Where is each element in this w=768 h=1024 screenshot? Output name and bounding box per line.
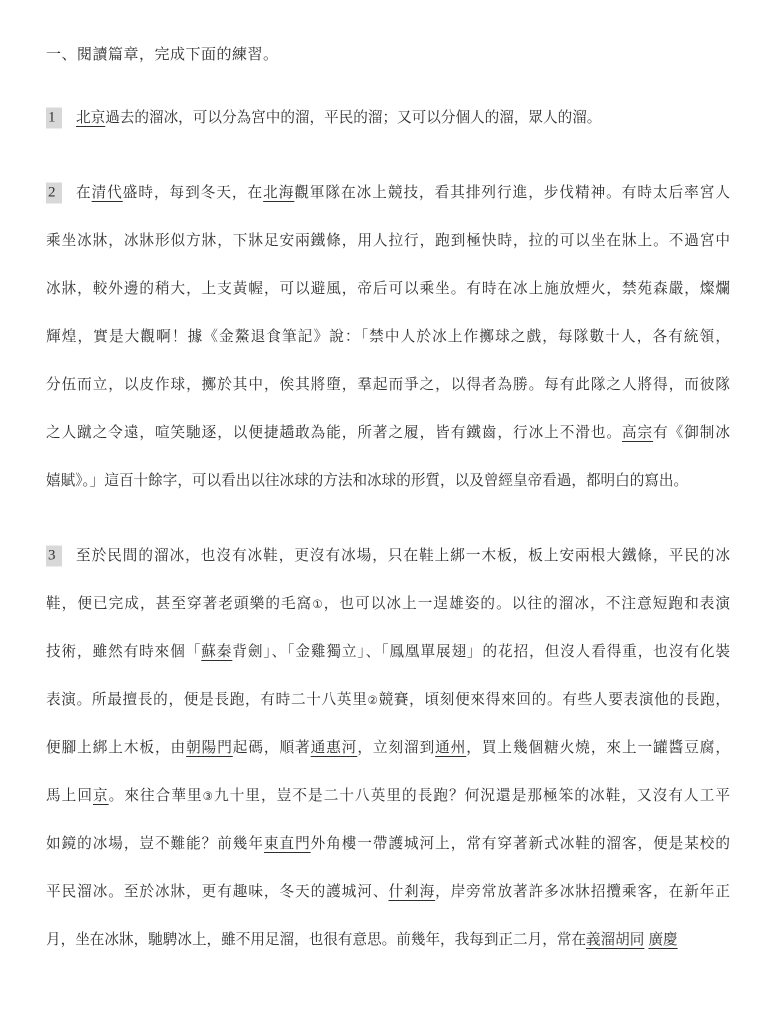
paragraph: 3至於民間的溜冰，也沒有冰鞋，更沒有冰場，只在鞋上綁一木板，板上安兩根大鐵條，平…: [46, 532, 730, 964]
text-run: ，岸旁常放著許多冰牀招攬乘客，在新年正: [435, 884, 730, 900]
text-run: ，也可以冰上一逞雄姿的。以往的溜冰，不注意短跑和表演: [324, 596, 730, 612]
text-run: 有《御制冰: [653, 425, 730, 441]
text-run: 輝煌，實是大觀啊！據《金鰲退食筆記》說：「禁中人於冰上作擲球之戲，每隊數十人，各…: [46, 329, 730, 345]
text-line: 嬉賦》。」這百十餘字，可以看出以往冰球的方法和冰球的形質，以及曾經皇帝看過，都明…: [46, 457, 730, 505]
text-run: 表演。所最擅長的，便是長跑，有時二十八英里: [46, 692, 368, 708]
text-run: 分伍而立，以皮作球，擲於其中，俟其將墮，羣起而爭之，以得者為勝。每有此隊之人將得…: [46, 377, 730, 393]
text-line: 如鏡的冰場，豈不難能？前幾年東直門外角樓一帶護城河上，常有穿著新式冰鞋的溜客，便…: [46, 820, 730, 868]
paragraph-number: 1: [46, 108, 62, 129]
paragraph-number: 2: [46, 183, 62, 204]
text-line: 輝煌，實是大觀啊！據《金鰲退食筆記》說：「禁中人於冰上作擲球之戲，每隊數十人，各…: [46, 313, 730, 361]
document-body: 1北京過去的溜冰，可以分為宮中的溜，平民的溜；又可以分個人的溜，眾人的溜。2在清…: [46, 94, 730, 964]
text-run: 盛時，每到冬天，在: [123, 185, 263, 201]
proper-noun-underline: 東直門: [264, 836, 311, 852]
text-line: 3至於民間的溜冰，也沒有冰鞋，更沒有冰場，只在鞋上綁一木板，板上安兩根大鐵條，平…: [46, 532, 730, 580]
text-run: 觀軍隊在冰上競技，看其排列行進，步伐精神。有時太后率宮人: [294, 185, 730, 201]
text-run: 馬上回: [46, 788, 93, 804]
proper-noun-underline: 清代: [92, 185, 123, 201]
text-run: 月，坐在冰牀，馳騁冰上，雖不用足溜，也很有意思。前幾年，我每到正二月，常在: [46, 932, 586, 948]
text-run: 過去的溜冰，可以分為宮中的溜，平民的溜；又可以分個人的溜，眾人的溜。: [105, 110, 601, 126]
text-line: 分伍而立，以皮作球，擲於其中，俟其將墮，羣起而爭之，以得者為勝。每有此隊之人將得…: [46, 361, 730, 409]
text-run: 至於民間的溜冰，也沒有冰鞋，更沒有冰場，只在鞋上綁一木板，板上安兩根大鐵條，平民…: [76, 548, 730, 564]
proper-noun-underline: 朝陽門: [186, 740, 233, 756]
proper-noun-underline: 廣慶: [648, 932, 677, 948]
proper-noun-underline: 義溜胡同: [586, 932, 644, 948]
text-run: 起碼，順著: [233, 740, 311, 756]
section-heading: 一、閱讀篇章，完成下面的練習。: [46, 43, 730, 67]
proper-noun-underline: 通惠河: [311, 740, 358, 756]
text-run: 便腳上綁上木板，由: [46, 740, 186, 756]
text-run: 之人蹴之令遠，喧笑馳逐，以便捷趫敢為能，所著之履，皆有鐵齒，行冰上不滑也。: [46, 425, 622, 441]
text-run: 嬉賦》。」這百十餘字，可以看出以往冰球的方法和冰球的形質，以及曾經皇帝看過，都明…: [46, 473, 688, 489]
footnote-marker: ②: [368, 695, 379, 707]
text-run: ，買上幾個糖火燒，來上一罐醬豆腐，: [466, 740, 730, 756]
proper-noun-underline: 通州: [435, 740, 466, 756]
text-run: 競賽，頃刻便來得來回的。有些人要表演他的長跑，: [379, 692, 730, 708]
text-run: 在: [76, 185, 92, 201]
text-line: 平民溜冰。至於冰牀，更有趣味，冬天的護城河、什剎海，岸旁常放著許多冰牀招攬乘客，…: [46, 868, 730, 916]
proper-noun-underline: 北海: [263, 185, 294, 201]
text-run: 技術，雖然有時來個「: [46, 644, 201, 660]
text-line: 技術，雖然有時來個「蘇秦背劍」、「金雞獨立」、「鳳凰單展翅」的花招，但沒人看得重…: [46, 628, 730, 676]
proper-noun-underline: 什剎海: [388, 884, 435, 900]
text-run: ，立刻溜到: [357, 740, 435, 756]
text-line: 冰牀，較外邊的稍大，上支黃幄，可以避風，帝后可以乘坐。有時在冰上施放煙火，禁苑森…: [46, 265, 730, 313]
text-run: 。來往合華里: [109, 788, 203, 804]
footnote-marker: ①: [312, 599, 323, 611]
text-run: 冰牀，較外邊的稍大，上支黃幄，可以避風，帝后可以乘坐。有時在冰上施放煙火，禁苑森…: [46, 281, 730, 297]
proper-noun-underline: 高宗: [622, 425, 653, 441]
text-line: 馬上回京。來往合華里③九十里，豈不是二十八英里的長跑？何況還是那極笨的冰鞋，又沒…: [46, 772, 730, 820]
text-line: 表演。所最擅長的，便是長跑，有時二十八英里②競賽，頃刻便來得來回的。有些人要表演…: [46, 676, 730, 724]
text-run: 平民溜冰。至於冰牀，更有趣味，冬天的護城河、: [46, 884, 388, 900]
text-line: 1北京過去的溜冰，可以分為宮中的溜，平民的溜；又可以分個人的溜，眾人的溜。: [46, 94, 730, 142]
text-line: 之人蹴之令遠，喧笑馳逐，以便捷趫敢為能，所著之履，皆有鐵齒，行冰上不滑也。高宗有…: [46, 409, 730, 457]
text-run: 外角樓一帶護城河上，常有穿著新式冰鞋的溜客，便是某校的: [311, 836, 730, 852]
footnote-marker: ③: [203, 791, 214, 803]
text-line: 月，坐在冰牀，馳騁冰上，雖不用足溜，也很有意思。前幾年，我每到正二月，常在義溜胡…: [46, 916, 730, 964]
text-run: 鞋，便已完成，甚至穿著老頭樂的毛窩: [46, 596, 312, 612]
text-line: 便腳上綁上木板，由朝陽門起碼，順著通惠河，立刻溜到通州，買上幾個糖火燒，來上一罐…: [46, 724, 730, 772]
paragraph: 2在清代盛時，每到冬天，在北海觀軍隊在冰上競技，看其排列行進，步伐精神。有時太后…: [46, 169, 730, 505]
proper-noun-underline: 蘇秦: [201, 644, 232, 660]
text-line: 乘坐冰牀，冰牀形似方牀，下牀足安兩鐵條，用人拉行，跑到極快時，拉的可以坐在牀上。…: [46, 217, 730, 265]
document-page: 一、閱讀篇章，完成下面的練習。 1北京過去的溜冰，可以分為宮中的溜，平民的溜；又…: [0, 0, 768, 1024]
paragraph: 1北京過去的溜冰，可以分為宮中的溜，平民的溜；又可以分個人的溜，眾人的溜。: [46, 94, 730, 142]
text-run: 如鏡的冰場，豈不難能？前幾年: [46, 836, 264, 852]
proper-noun-underline: 京: [93, 788, 109, 804]
text-line: 2在清代盛時，每到冬天，在北海觀軍隊在冰上競技，看其排列行進，步伐精神。有時太后…: [46, 169, 730, 217]
paragraph-number: 3: [46, 546, 62, 567]
text-run: 乘坐冰牀，冰牀形似方牀，下牀足安兩鐵條，用人拉行，跑到極快時，拉的可以坐在牀上。…: [46, 233, 730, 249]
text-run: 背劍」、「金雞獨立」、「鳳凰單展翅」的花招，但沒人看得重，也沒有化裝: [232, 644, 730, 660]
text-run: 九十里，豈不是二十八英里的長跑？何況還是那極笨的冰鞋，又沒有人工平: [214, 788, 730, 804]
proper-noun-underline: 北京: [76, 110, 105, 126]
text-line: 鞋，便已完成，甚至穿著老頭樂的毛窩①，也可以冰上一逞雄姿的。以往的溜冰，不注意短…: [46, 580, 730, 628]
